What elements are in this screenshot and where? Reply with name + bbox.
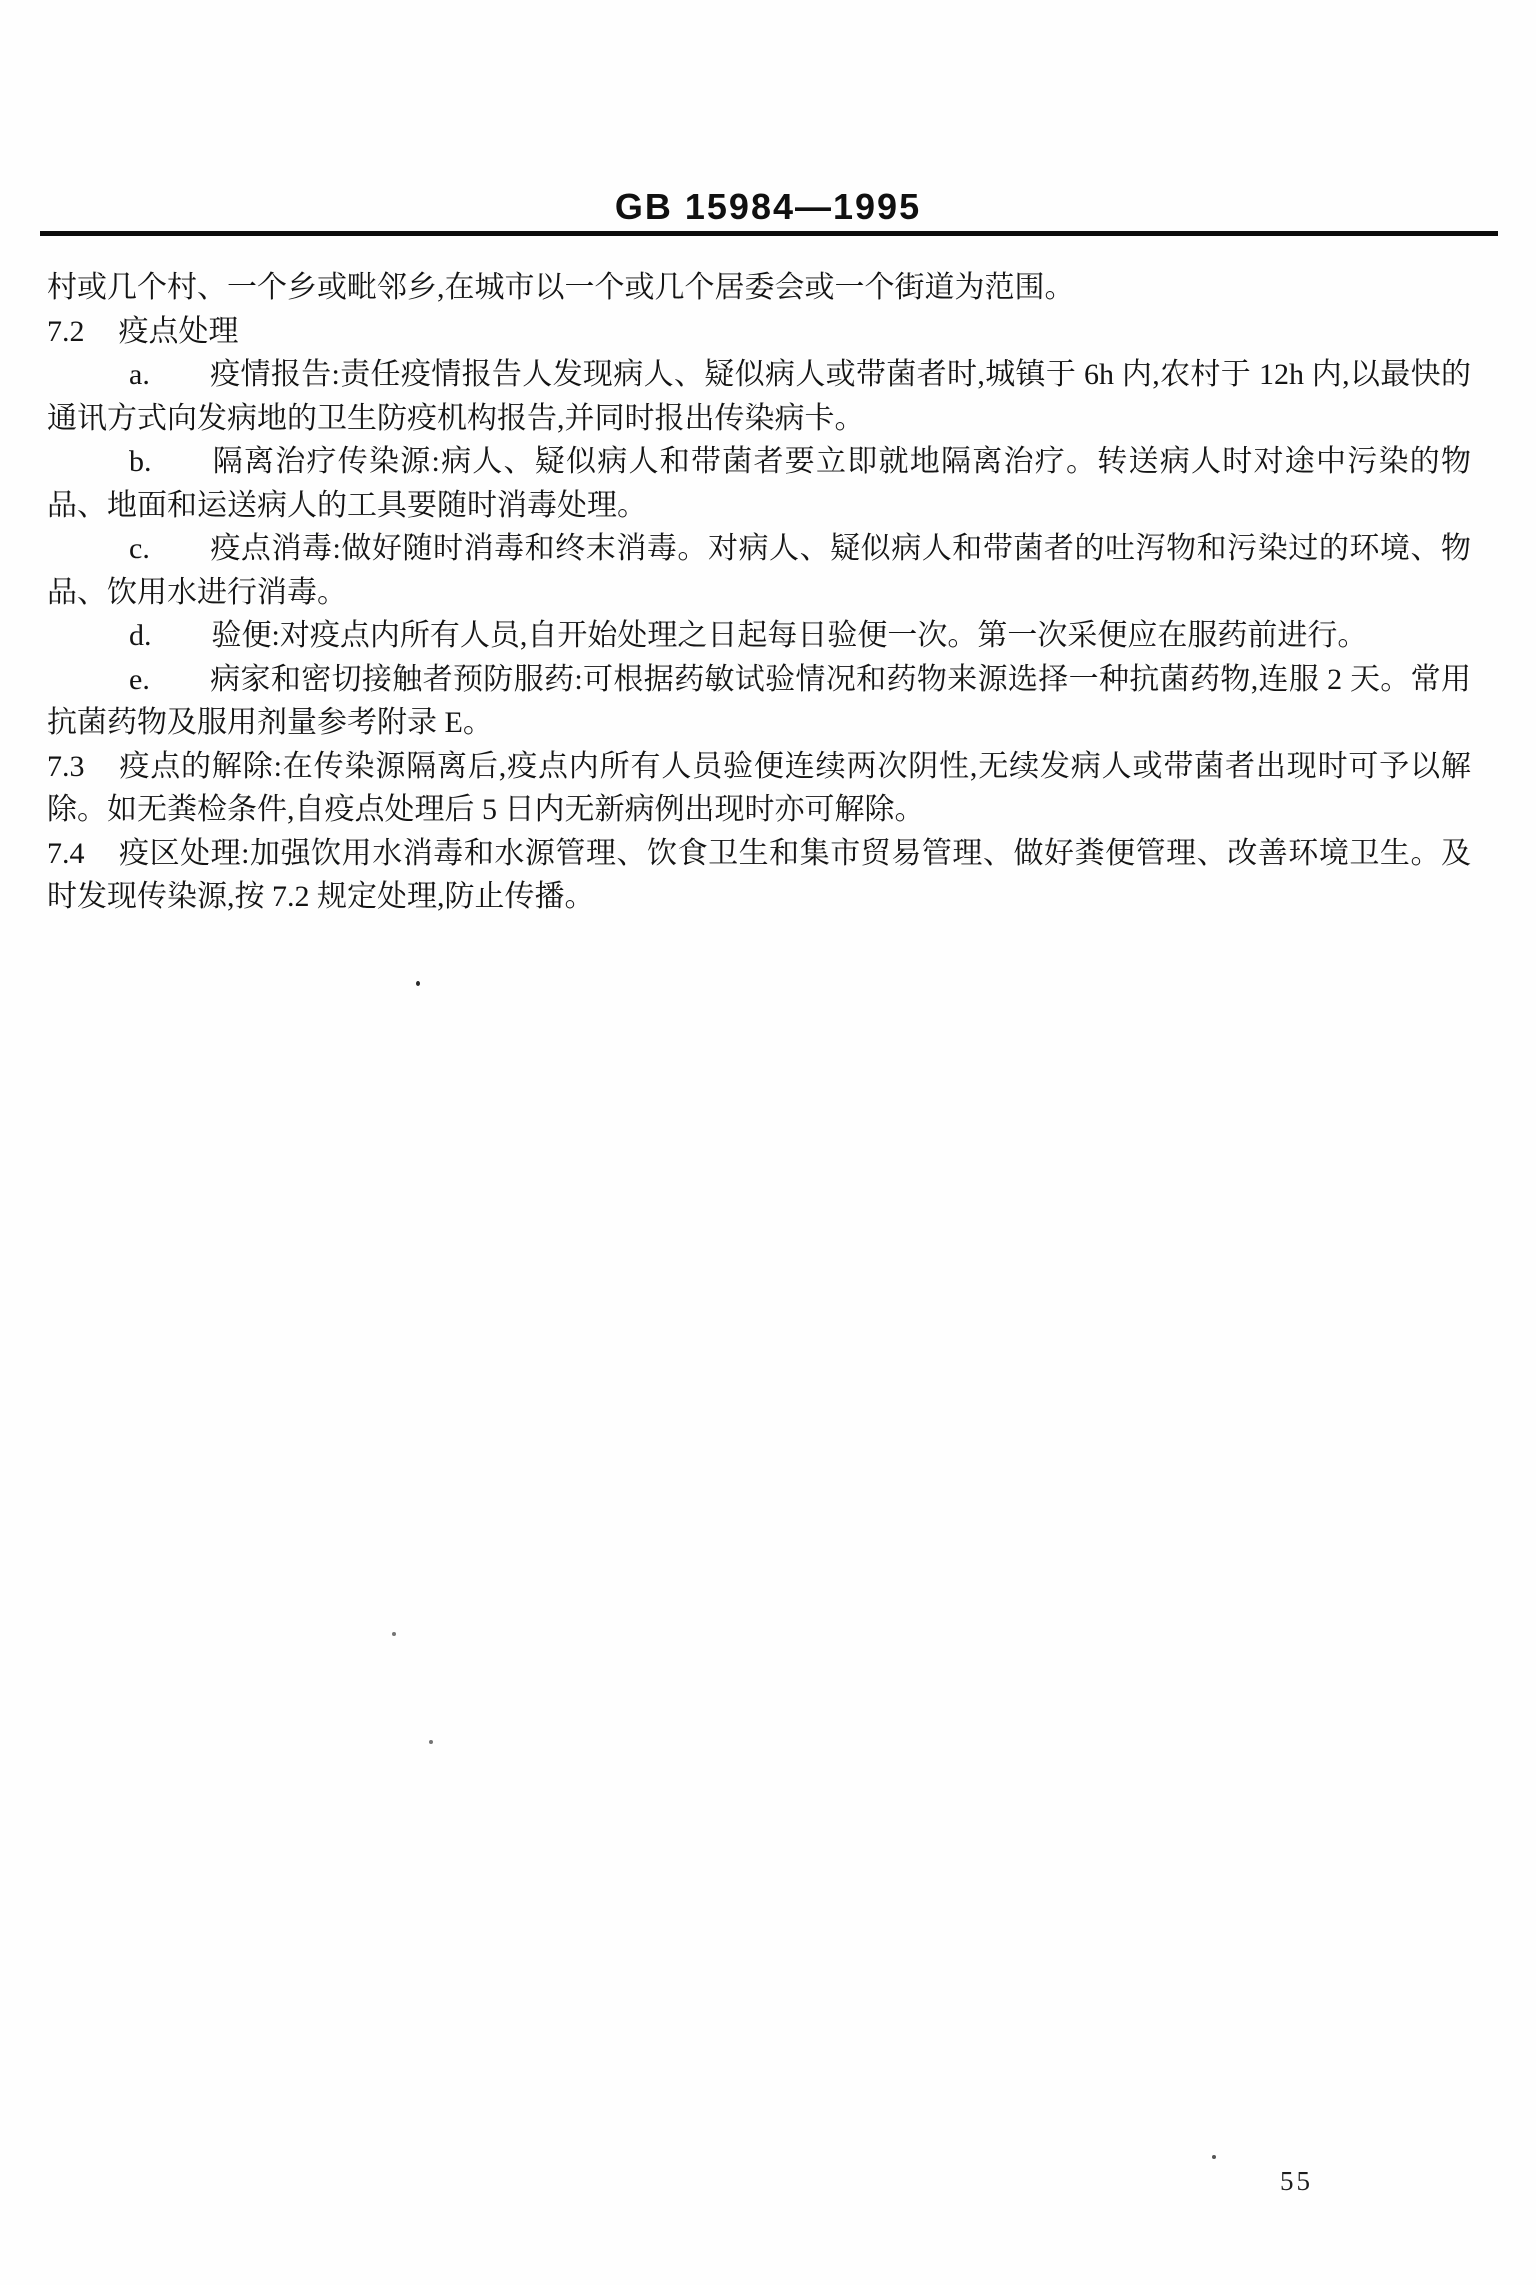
list-item-d-text: 验便:对疫点内所有人员,自开始处理之日起每日验便一次。第一次采便应在服药前进行。 — [212, 619, 1368, 652]
list-item-a-label: a. — [129, 358, 150, 391]
paragraph-continuation: 村或几个村、一个乡或毗邻乡,在城市以一个或几个居委会或一个街道为范围。 — [47, 266, 1471, 310]
section-7-3-number: 7.3 — [47, 750, 85, 783]
list-item-a: a.疫情报告:责任疫情报告人发现病人、疑似病人或带菌者时,城镇于 6h 内,农村… — [47, 353, 1471, 440]
section-7-2-heading: 7.2疫点处理 — [47, 310, 1471, 354]
section-7-3-paragraph: 7.3疫点的解除:在传染源隔离后,疫点内所有人员验便连续两次阴性,无续发病人或带… — [47, 745, 1471, 832]
scanned-document-page: GB 15984—1995 村或几个村、一个乡或毗邻乡,在城市以一个或几个居委会… — [0, 0, 1536, 2285]
list-item-b-label: b. — [129, 445, 152, 478]
list-item-d-label: d. — [129, 619, 152, 652]
section-7-3-text: 疫点的解除:在传染源隔离后,疫点内所有人员验便连续两次阴性,无续发病人或带菌者出… — [47, 750, 1471, 827]
section-7-4-paragraph: 7.4疫区处理:加强饮用水消毒和水源管理、饮食卫生和集市贸易管理、做好粪便管理、… — [47, 832, 1471, 919]
section-7-2-number: 7.2 — [47, 315, 85, 348]
list-item-e-label: e. — [129, 663, 150, 696]
list-item-c-label: c. — [129, 532, 150, 565]
scan-speck — [429, 1740, 433, 1744]
list-item-a-text: 疫情报告:责任疫情报告人发现病人、疑似病人或带菌者时,城镇于 6h 内,农村于 … — [47, 358, 1471, 435]
list-item-e-text: 病家和密切接触者预防服药:可根据药敏试验情况和药物来源选择一种抗菌药物,连服 2… — [47, 663, 1471, 740]
scan-speck — [416, 981, 420, 986]
list-item-b-text: 隔离治疗传染源:病人、疑似病人和带菌者要立即就地隔离治疗。转送病人时对途中污染的… — [47, 445, 1471, 522]
scan-speck — [1212, 2155, 1216, 2159]
section-7-4-number: 7.4 — [47, 837, 85, 870]
standard-number-header: GB 15984—1995 — [0, 186, 1536, 228]
page-number: 55 — [1280, 2166, 1313, 2197]
list-item-b: b.隔离治疗传染源:病人、疑似病人和带菌者要立即就地隔离治疗。转送病人时对途中污… — [47, 440, 1471, 527]
section-7-4-text: 疫区处理:加强饮用水消毒和水源管理、饮食卫生和集市贸易管理、做好粪便管理、改善环… — [47, 837, 1471, 914]
list-item-e: e.病家和密切接触者预防服药:可根据药敏试验情况和药物来源选择一种抗菌药物,连服… — [47, 658, 1471, 745]
header-divider-rule — [40, 231, 1498, 236]
list-item-c: c.疫点消毒:做好随时消毒和终末消毒。对病人、疑似病人和带菌者的吐泻物和污染过的… — [47, 527, 1471, 614]
list-item-d: d.验便:对疫点内所有人员,自开始处理之日起每日验便一次。第一次采便应在服药前进… — [47, 614, 1471, 658]
document-body: 村或几个村、一个乡或毗邻乡,在城市以一个或几个居委会或一个街道为范围。 7.2疫… — [47, 266, 1471, 919]
section-7-2-title: 疫点处理 — [119, 315, 239, 348]
list-item-c-text: 疫点消毒:做好随时消毒和终末消毒。对病人、疑似病人和带菌者的吐泻物和污染过的环境… — [47, 532, 1471, 609]
scan-speck — [392, 1632, 396, 1636]
